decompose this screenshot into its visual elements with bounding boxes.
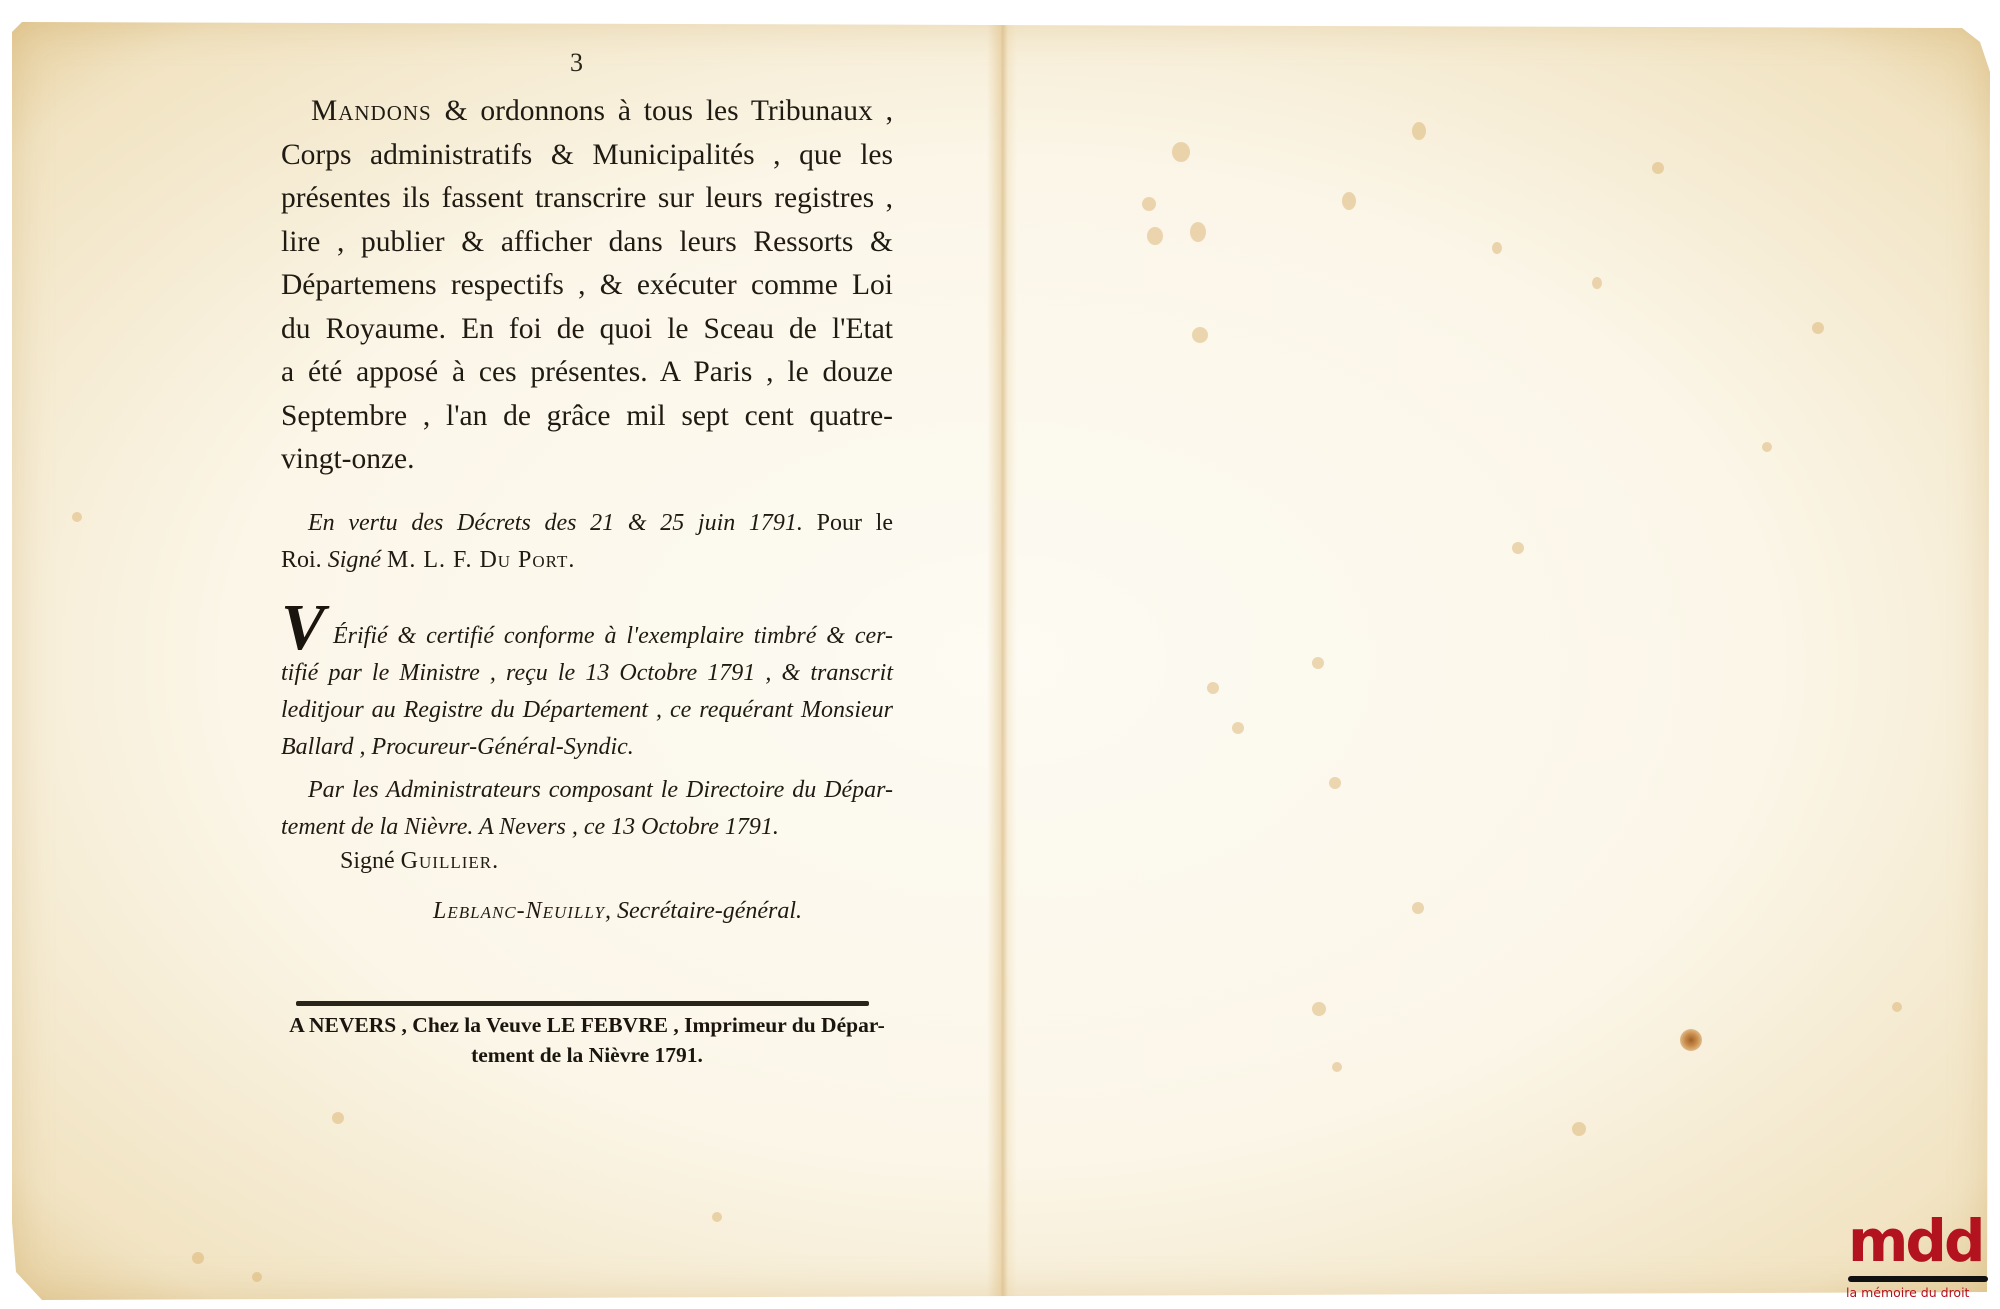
text-line: tement de la Nièvre. A Nevers , ce 13 Oc… (281, 814, 779, 840)
text-line: Par les Administrateurs composant le Dir… (281, 772, 893, 809)
decree-reference: En vertu des Décrets des 21 & 25 juin 17… (281, 505, 893, 579)
decree-signe: Signé (328, 547, 381, 573)
logo-underline (1848, 1276, 1988, 1282)
text-line: vingt-onze. (281, 438, 893, 482)
text-line: Érifié & certifié conforme à l'exemplair… (281, 618, 893, 655)
text-line: tifié par le Ministre , reçu le 13 Octob… (281, 655, 893, 692)
main-paragraph: Mandons & ordonnons à tous les Tribunaux… (281, 90, 893, 482)
text-line: Mandons & ordonnons à tous les Tribunaux… (281, 90, 893, 134)
signature-secretary: Leblanc-Neuilly, Secrétaire-général. (433, 898, 802, 925)
logo-tagline: la mémoire du droit (1846, 1285, 1969, 1300)
signed-name: Guillier. (401, 848, 499, 874)
decree-line: En vertu des Décrets des 21 & 25 juin 17… (281, 505, 893, 542)
administrators-paragraph: Par les Administrateurs composant le Dir… (281, 772, 893, 846)
first-word: Mandons (311, 95, 432, 127)
text-line: Septembre , l'an de grâce mil sept cent … (281, 395, 893, 439)
decree-italic: En vertu des Décrets des 21 & 25 juin 17… (308, 510, 803, 536)
text-line: du Royaume. En foi de quoi le Sceau de l… (281, 308, 893, 352)
verification-paragraph: V Érifié & certifié conforme à l'exempla… (281, 598, 893, 766)
left-page: 3 Mandons & ordonnons à tous les Tribuna… (0, 0, 1000, 1309)
secretary-name: Leblanc-Neuilly (433, 898, 605, 924)
decree-line: Roi. Signé M. L. F. Du Port. (281, 547, 575, 573)
page-number: 3 (570, 48, 583, 78)
right-page-blank (1000, 0, 2000, 1309)
text-line: présentes ils fassent transcrire sur leu… (281, 177, 893, 221)
logo-mark: mdd (1848, 1213, 1982, 1269)
signed-prefix: Signé (340, 848, 395, 874)
line-rest: & ordonnons à tous les Tribunaux , (445, 95, 893, 127)
text-line: Ballard , Procureur-Général-Syndic. (281, 729, 893, 766)
text-line: leditjour au Registre du Département , c… (281, 692, 893, 729)
signature-guillier: Signé Guillier. (340, 848, 499, 875)
imprint-line: tement de la Nièvre 1791. (281, 1040, 893, 1070)
mdd-logo: mdd la mémoire du droit (1842, 1203, 1992, 1303)
printer-imprint: A NEVERS , Chez la Veuve LE FEBVRE , Imp… (281, 1010, 893, 1070)
secretary-title: , Secrétaire-général. (605, 898, 802, 924)
text-line: Départemens respectifs , & exécuter comm… (281, 264, 893, 308)
drop-cap: V (281, 598, 325, 658)
text-line: Corps administratifs & Municipalités , q… (281, 134, 893, 178)
imprint-line: A NEVERS , Chez la Veuve LE FEBVRE , Imp… (281, 1010, 893, 1040)
decree-roi: Roi. (281, 547, 322, 573)
text-line: lire , publier & afficher dans leurs Res… (281, 221, 893, 265)
signatory-name: M. L. F. Du Port. (387, 547, 575, 573)
text-line: a été apposé à ces présentes. A Paris , … (281, 351, 893, 395)
divider-rule (296, 1001, 869, 1006)
decree-roman: Pour le (817, 510, 893, 536)
